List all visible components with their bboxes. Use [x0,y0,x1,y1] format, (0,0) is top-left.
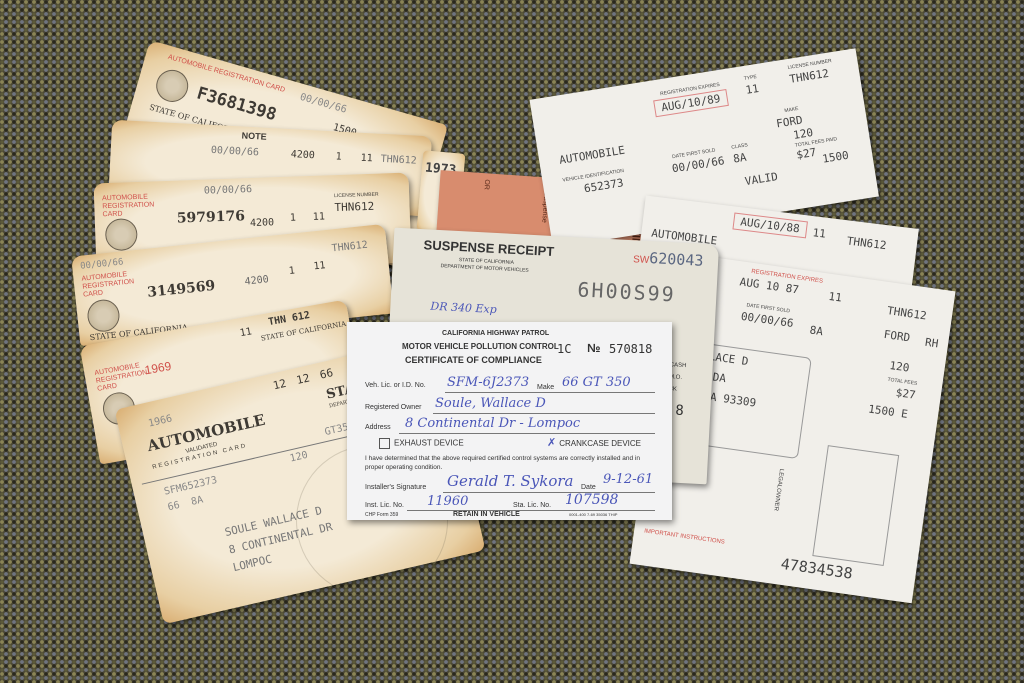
form-grid [812,445,899,566]
cash-box: CASH [670,362,687,369]
card-year: 1966 [147,413,173,429]
serial-number: 620043 [649,249,704,270]
owner-city: LOMPOC [232,553,274,575]
permit-fragment: OR [482,179,490,190]
exhaust-label: EXHAUST DEVICE [394,439,464,448]
stub-license: THN 612 [267,310,310,328]
license-label: LICENSE NUMBER [334,192,379,200]
certificate-agency: CALIFORNIA HIGHWAY PATROL [442,330,549,337]
sta-lic-label: Sta. Lic. No. [513,502,551,509]
vehicle-type: AUTOMOBILE [558,144,625,167]
type-value: 11 [828,290,843,305]
card-col2: 11 [313,260,326,272]
date-first-sold: 00/00/66 [299,92,348,116]
license-number: THN612 [334,200,374,214]
crankcase-device-option: ✗CRANKCASE DEVICE [547,436,641,449]
card-type-label: AUTOMOBILE REGISTRATION CARD [81,268,153,299]
signature-label: Installer's Signature [365,484,426,491]
make-value: 66 GT 350 [562,375,631,390]
address-value: 8 Continental Dr - Lompoc [405,416,580,431]
class-label: CLASS [731,142,748,150]
exhaust-device-option: EXHAUST DEVICE [379,438,464,449]
address-label: Address [365,424,391,431]
date-value: 9-12-61 [603,472,653,487]
type-label: TYPE [743,74,757,82]
footer-note: IMPORTANT INSTRUCTIONS [644,528,725,545]
date-first-sold: 00/00/66 [80,257,124,271]
state-seal-icon [86,298,121,333]
date-first-sold: 00/00/66 [204,184,253,197]
certificate-code: 1C [557,342,571,356]
registered-owner-label: Registered Owner [365,404,421,411]
card-col2: 11 [360,153,373,165]
retain-notice: RETAIN IN VEHICLE [453,511,520,518]
date-day: 12 [295,371,311,387]
legal-owner-label: LEGALOWNER [772,468,784,511]
card-code: 4200 [250,217,274,229]
inst-lic-value: 11960 [427,494,468,509]
type-value: 11 [745,82,760,97]
total-fees: $27 [795,146,817,162]
state-seal-icon [105,218,138,251]
inst-lic-label: Inst. Lic. No. [365,502,404,509]
reg-exp-date: AUG/10/88 [732,212,807,238]
certificate-of-compliance: CALIFORNIA HIGHWAY PATROL MOTOR VEHICLE … [347,322,672,520]
receipt-fragment: 8 [675,403,684,419]
card-code: 4200 [244,274,269,287]
total-fees: $27 [895,386,916,402]
fee-code: 1500 [821,149,849,166]
vehicle-class: 8A [809,324,824,339]
make-label: Make [537,384,554,391]
certificate-title: CERTIFICATE OF COMPLIANCE [405,355,542,365]
state-seal-icon [152,66,192,106]
serial-prefix: SW [633,254,650,266]
stub-col: 11 [239,326,253,339]
crankcase-label: CRANKCASE DEVICE [559,439,641,448]
license-number: THN612 [331,240,368,255]
number-symbol: № [587,341,600,355]
license-number: THN612 [886,304,927,322]
card-col1: 1 [288,265,295,277]
make-label: MAKE [784,106,799,114]
year-model: 66 [167,500,181,513]
certification-statement: I have determined that the above require… [365,454,655,472]
body-type: RH [924,336,939,351]
card-number: 3149569 [147,278,217,301]
fees-label: TOTAL FEES [887,377,917,387]
card-code: 4200 [290,149,315,161]
veh-lic-value: SFM-6J2373 [447,375,529,390]
veh-lic-label: Veh. Lic. or I.D. No. [365,382,426,389]
receipt-dept: DEPARTMENT OF MOTOR VEHICLES [440,263,528,274]
card-col2: 11 [313,211,325,222]
handwritten-note: DR 340 Exp [430,300,497,316]
receipt-title: SUSPENSE RECEIPT [423,237,554,259]
certificate-program: MOTOR VEHICLE POLLUTION CONTROL [402,342,559,351]
weight: 120 [289,450,309,465]
certificate-number: 570818 [609,342,652,356]
fee-code: 1500 E [867,402,908,420]
card-type-label: AUTOMOBILE REGISTRATION CARD [102,193,173,219]
card-col1: 1 [290,212,296,223]
print-code: 0001-400 7-69 35036 THIP [569,512,617,517]
registered-owner-value: Soule, Wallace D [435,396,546,411]
check-mark-icon: ✗ [547,437,556,449]
date-label: Date [581,484,596,491]
punched-code: 6H00S99 [577,277,676,306]
note-label: NOTE [241,130,267,141]
form-number: CHP Form 359 [365,512,398,518]
make: FORD [883,328,911,345]
card-col1: 1 [335,151,342,162]
installer-signature: Gerald T. Sykora [447,472,573,490]
license-number: THN612 [380,154,417,167]
license-number: THN612 [846,234,887,252]
date-year: 66 [319,366,335,382]
status: VALID [744,170,779,188]
card-number: 5979176 [177,208,246,226]
vehicle-class: 8A [732,151,747,166]
type-value: 11 [812,226,827,241]
vin: SFM652373 [163,475,218,498]
year-stamp: 1969 [144,359,173,377]
exhaust-checkbox [379,438,390,449]
weight: 120 [889,359,910,375]
sta-lic-value: 107598 [565,492,618,508]
vehicle-class: 8A [190,494,204,507]
date-first-sold: 00/00/66 [211,145,260,159]
date-month: 12 [272,377,288,393]
